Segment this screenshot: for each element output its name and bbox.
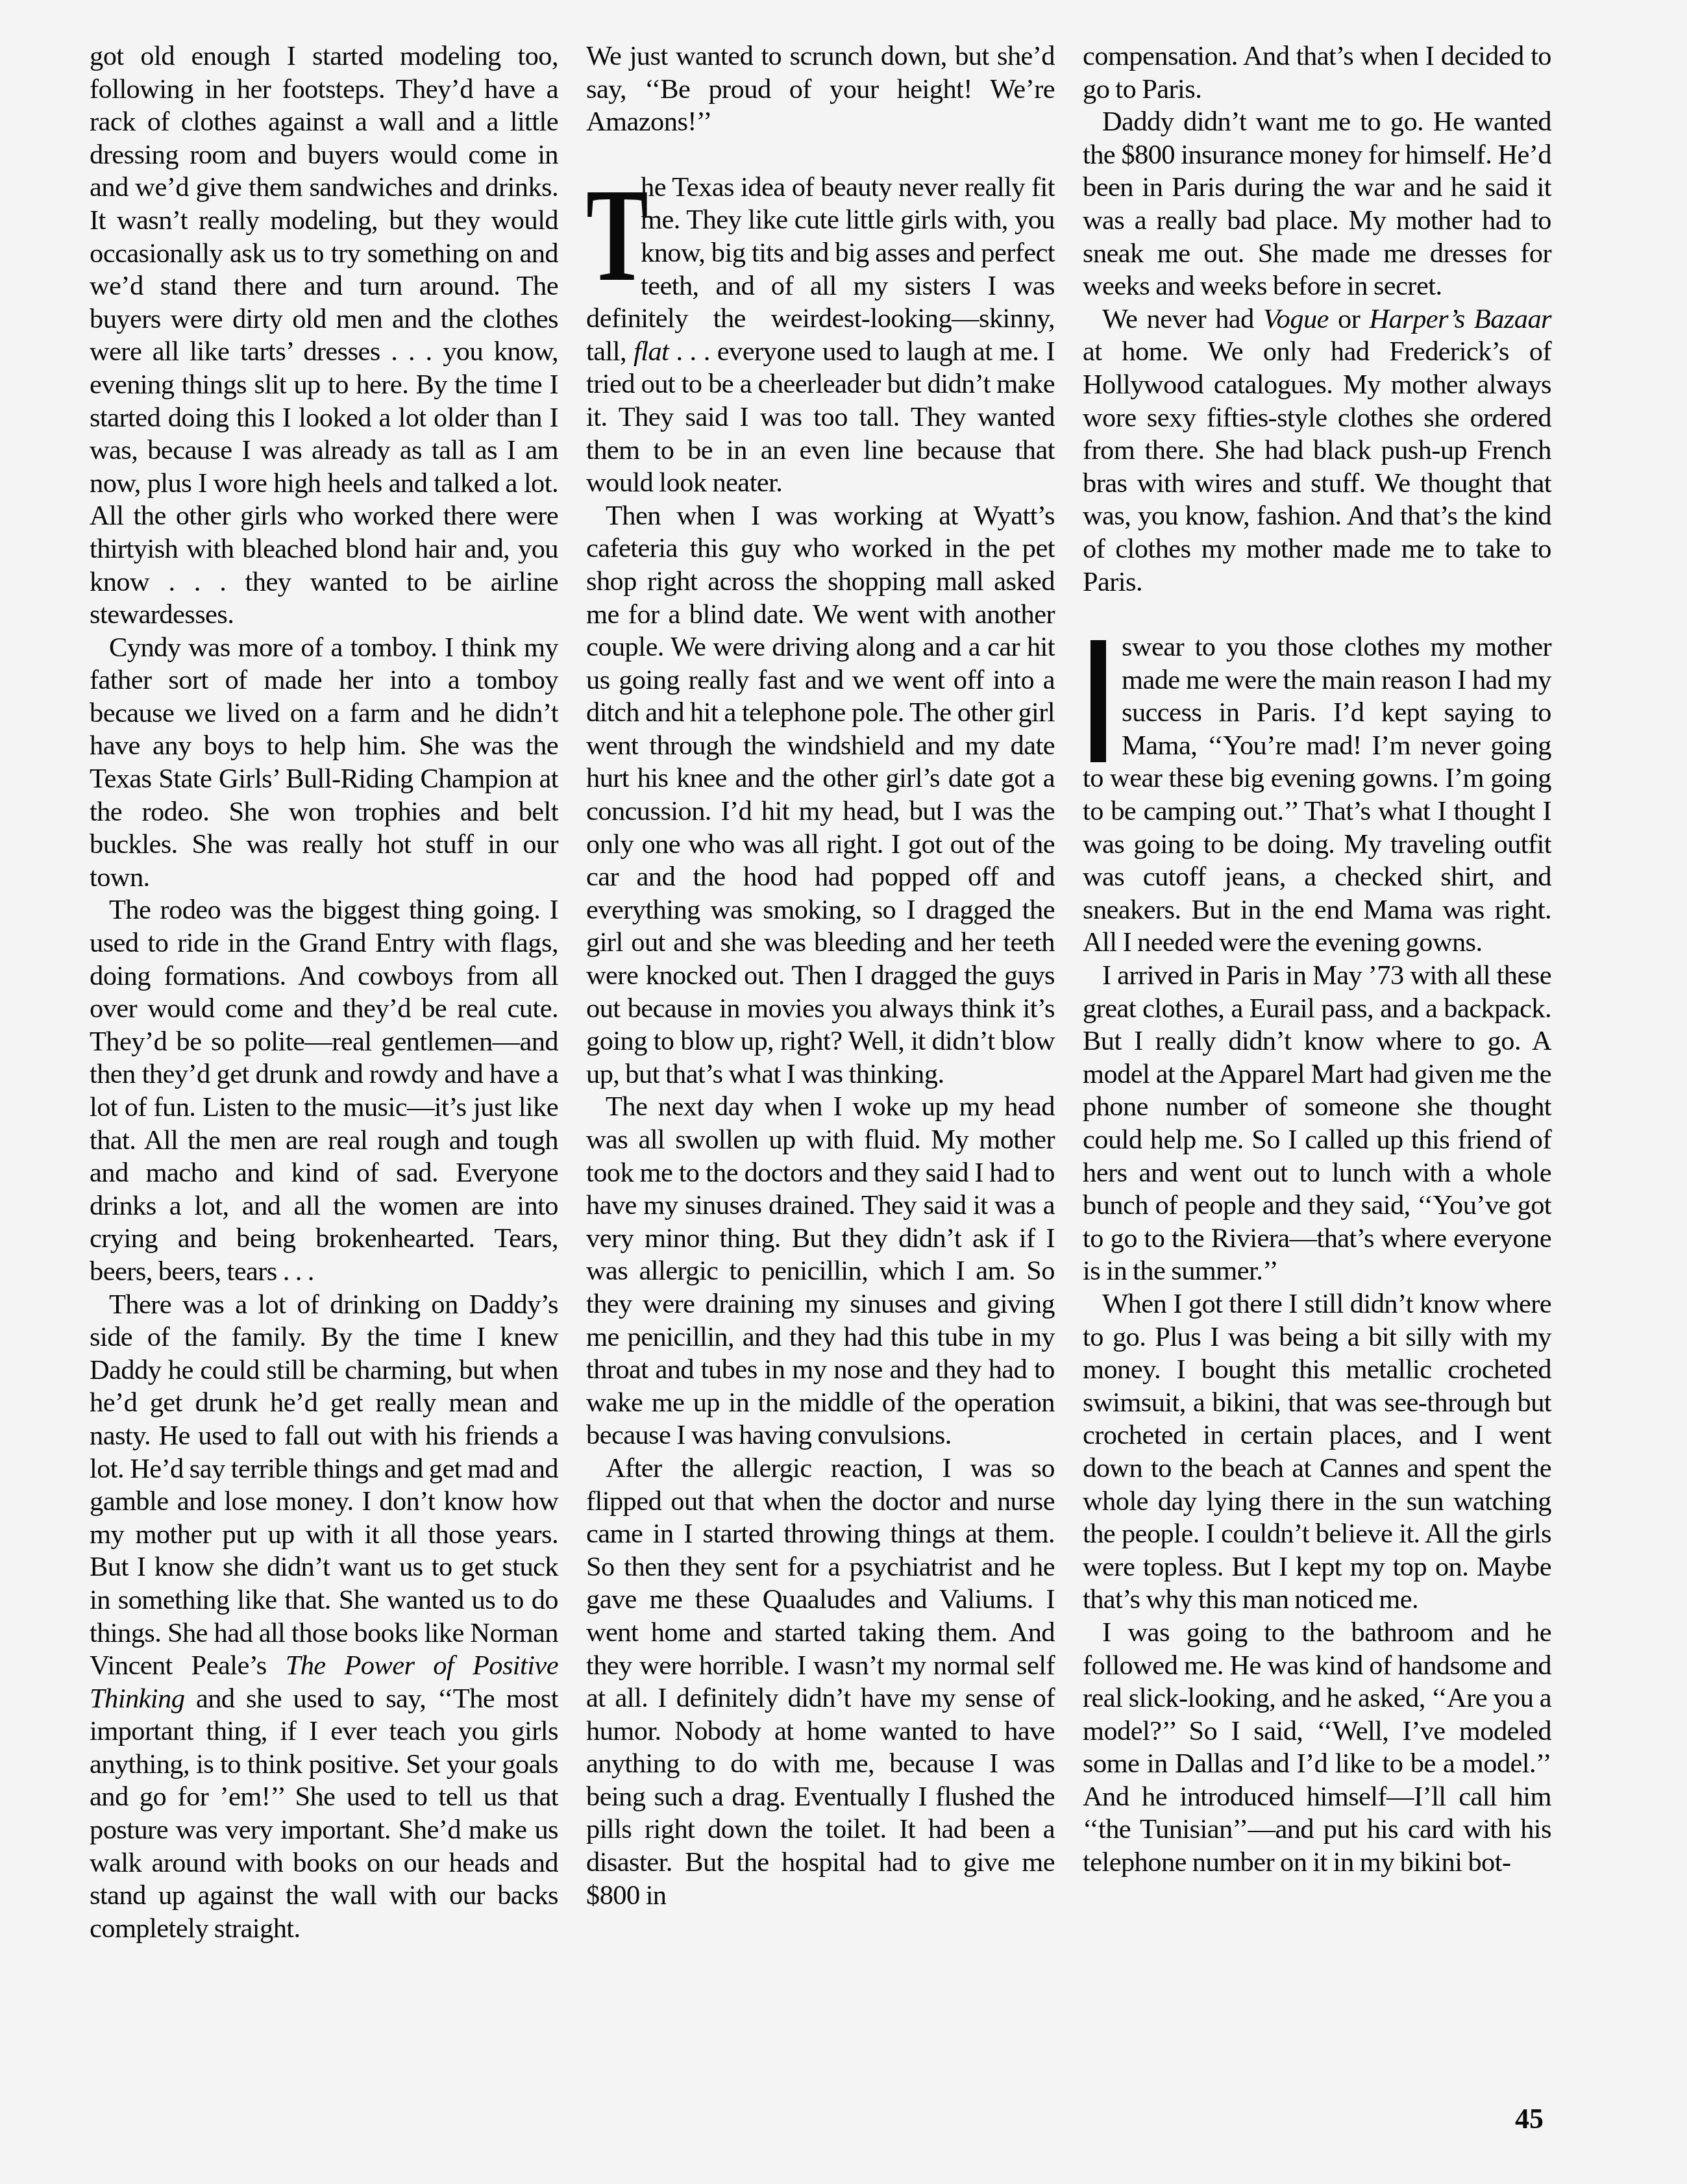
paragraph: We just wanted to scrunch down, but she’… (586, 40, 1055, 139)
section-opening-paragraph: The Texas idea of beauty never really fi… (586, 171, 1055, 500)
paragraph: When I got there I still didn’t know whe… (1083, 1288, 1551, 1617)
column-1: got old enough I started modeling too, f… (90, 40, 558, 1945)
paragraph: compensation. And that’s when I decided … (1083, 40, 1551, 106)
paragraph-text: There was a lot of drinking on Daddy’s s… (90, 1289, 558, 1681)
section-opening-paragraph: swear to you those clothes my mother mad… (1083, 631, 1551, 960)
paragraph: I arrived in Paris in May ’73 with all t… (1083, 960, 1551, 1288)
paragraph: After the allergic reaction, I was so fl… (586, 1452, 1055, 1912)
magazine-title: Harper’s Bazaar (1369, 304, 1551, 334)
column-2: We just wanted to scrunch down, but she’… (586, 40, 1055, 1945)
column-3: compensation. And that’s when I decided … (1083, 40, 1551, 1945)
paragraph: Then when I was working at Wyatt’s cafet… (586, 500, 1055, 1091)
paragraph: got old enough I started modeling too, f… (90, 40, 558, 632)
paragraph: The rodeo was the biggest thing going. I… (90, 894, 558, 1288)
drop-cap (1090, 640, 1106, 762)
page-number: 45 (1515, 2102, 1544, 2135)
paragraph-text: and she used to say, ‘‘The most importan… (90, 1683, 558, 1944)
paragraph-text: or (1329, 304, 1370, 334)
emphasis: flat (634, 336, 669, 367)
paragraph: Cyndy was more of a tomboy. I think my f… (90, 632, 558, 895)
paragraph: We never had Vogue or Harper’s Bazaar at… (1083, 303, 1551, 599)
page-body: got old enough I started modeling too, f… (90, 40, 1551, 1945)
paragraph: I was going to the bathroom and he follo… (1083, 1617, 1551, 1880)
paragraph-text: swear to you those clothes my mother mad… (1083, 632, 1551, 958)
paragraph: There was a lot of drinking on Daddy’s s… (90, 1289, 558, 1946)
paragraph-text: at home. We only had Frederick’s of Holl… (1083, 336, 1551, 597)
paragraph: Daddy didn’t want me to go. He wanted th… (1083, 106, 1551, 303)
paragraph: The next day when I woke up my head was … (586, 1091, 1055, 1452)
drop-cap: T (586, 180, 618, 303)
paragraph-text: We never had (1102, 304, 1263, 334)
magazine-title: Vogue (1263, 304, 1329, 334)
